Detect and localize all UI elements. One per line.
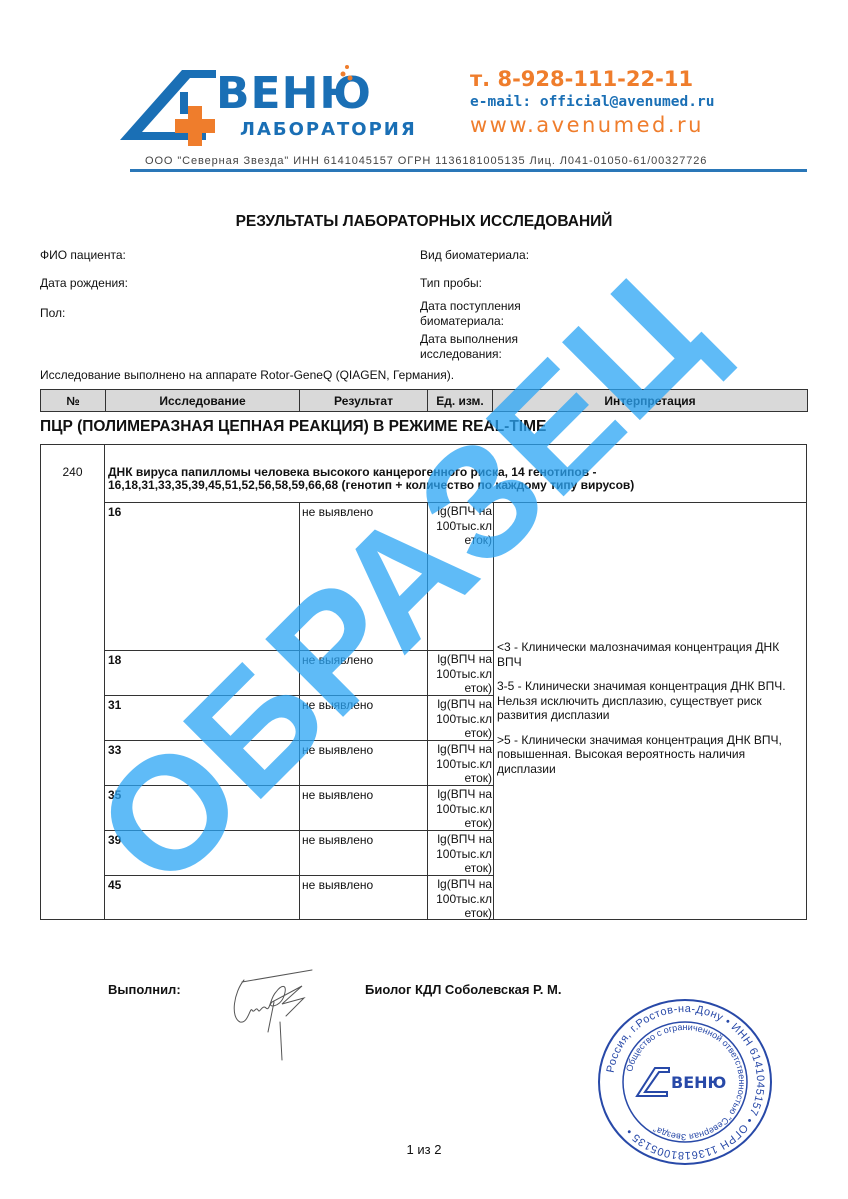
interpretation-cell: <3 - Клинически малозначимая концентраци… [497, 640, 802, 786]
website-link[interactable]: www.avenumed.ru [470, 112, 730, 138]
sample-type-label: Тип пробы: [420, 276, 482, 291]
result-col-divider [299, 503, 300, 920]
interpretation-high: >5 - Клинически значимая концентрация ДН… [497, 733, 802, 777]
signer-name: Биолог КДЛ Соболевская Р. М. [365, 982, 561, 997]
col-interpretation: Интерпретация [493, 390, 808, 412]
email-address[interactable]: e-mail: official@avenumed.ru [470, 92, 730, 112]
genotype-label: 18 [108, 653, 121, 667]
genotype-label: 35 [108, 788, 121, 802]
genotype-label: 31 [108, 698, 121, 712]
genotype-unit: lg(ВПЧ на100тыс.клеток) [428, 742, 492, 786]
genotype-label: 16 [108, 505, 121, 519]
genotype-label: 33 [108, 743, 121, 757]
birth-date-label: Дата рождения: [40, 276, 128, 291]
org-details: ООО "Северная Звезда" ИНН 6141045157 ОГР… [145, 155, 707, 167]
section-title: ПЦР (ПОЛИМЕРАЗНАЯ ЦЕПНАЯ РЕАКЦИЯ) В РЕЖИ… [40, 418, 546, 436]
company-logo: ВЕНЮ ЛАБОРАТОРИЯ [112, 62, 452, 147]
flask-icon [334, 64, 360, 108]
svg-text:ВЕНЮ: ВЕНЮ [671, 1073, 726, 1092]
genotype-result: не выявлено [302, 505, 373, 519]
unit-col-divider [427, 503, 428, 920]
received-date-label: Дата поступления биоматериала: [420, 299, 540, 329]
results-table-header: № Исследование Результат Ед. изм. Интерп… [40, 389, 808, 412]
col-test: Исследование [106, 390, 300, 412]
genotype-unit: lg(ВПЧ на100тыс.клеток) [428, 504, 492, 548]
col-result: Результат [300, 390, 428, 412]
patient-name-label: ФИО пациента: [40, 248, 126, 263]
col-number: № [41, 390, 106, 412]
genotype-result: не выявлено [302, 833, 373, 847]
genotype-unit: lg(ВПЧ на100тыс.клеток) [428, 787, 492, 831]
genotype-unit: lg(ВПЧ на100тыс.клеток) [428, 652, 492, 696]
interp-col-divider [493, 503, 494, 920]
genotype-result: не выявлено [302, 878, 373, 892]
logo-subtitle: ЛАБОРАТОРИЯ [240, 120, 417, 140]
test-title: ДНК вируса папилломы человека высокого к… [108, 466, 798, 492]
genotype-result: не выявлено [302, 653, 373, 667]
sex-label: Пол: [40, 306, 65, 321]
genotype-unit: lg(ВПЧ на100тыс.клеток) [428, 697, 492, 741]
company-stamp: Россия, г.Ростов-на-Дону • ИНН 614104515… [597, 998, 773, 1166]
logo-a-plus-icon [112, 62, 222, 147]
genotype-unit: lg(ВПЧ на100тыс.клеток) [428, 832, 492, 876]
phone-number[interactable]: т. 8-928-111-22-11 [470, 66, 730, 92]
interpretation-mid: 3-5 - Клинически значимая концентрация Д… [497, 679, 802, 723]
genotype-result: не выявлено [302, 788, 373, 802]
header-divider [130, 169, 807, 172]
document-title: РЕЗУЛЬТАТЫ ЛАБОРАТОРНЫХ ИССЛЕДОВАНИЙ [0, 213, 848, 231]
contact-block: т. 8-928-111-22-11 e-mail: official@aven… [470, 66, 730, 138]
test-number: 240 [40, 465, 105, 479]
page-indicator: 1 из 2 [0, 1142, 848, 1157]
equipment-note: Исследование выполнено на аппарате Rotor… [40, 368, 454, 382]
genotype-result: не выявлено [302, 743, 373, 757]
test-number-cell [40, 444, 105, 920]
col-unit: Ед. изм. [428, 390, 493, 412]
interpretation-low: <3 - Клинически малозначимая концентраци… [497, 640, 802, 669]
biomaterial-type-label: Вид биоматериала: [420, 248, 529, 263]
genotype-result: не выявлено [302, 698, 373, 712]
genotype-label: 45 [108, 878, 121, 892]
genotype-unit: lg(ВПЧ на100тыс.клеток) [428, 877, 492, 921]
genotype-label: 39 [108, 833, 121, 847]
signature-image [222, 962, 322, 1062]
performed-by-label: Выполнил: [108, 982, 181, 997]
performed-date-label: Дата выполнения исследования: [420, 332, 540, 362]
